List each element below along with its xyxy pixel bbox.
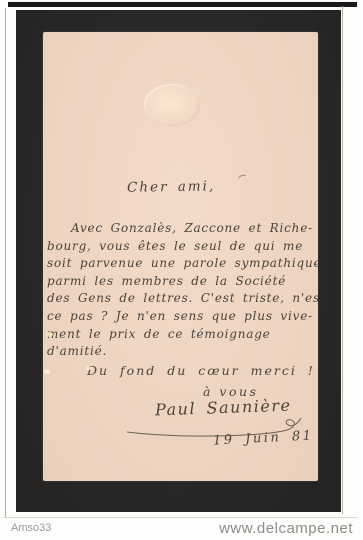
body-line: d'amitié.	[47, 343, 317, 361]
paper-blemish	[46, 332, 53, 337]
letter-body: Avec Gonzalès, Zaccone et Riche- bourg, …	[47, 220, 317, 361]
embossed-seal-icon	[144, 84, 200, 126]
body-line: soit parvenue une parole sympathique	[47, 255, 317, 273]
watermark-seller: Amso33	[11, 522, 51, 534]
scan-left-line	[5, 8, 6, 517]
scan-right-line	[342, 6, 343, 514]
body-line: Avec Gonzalès, Zaccone et Riche-	[47, 220, 317, 238]
salutation: Cher ami,	[127, 178, 215, 196]
letter-paper: Cher ami, Avec Gonzalès, Zaccone et Rich…	[43, 32, 318, 481]
letter-photo-backing: Cher ami, Avec Gonzalès, Zaccone et Rich…	[16, 10, 341, 512]
body-line: parmi les membres de la Société	[47, 273, 317, 291]
body-line: bourg, vous êtes le seul de qui me	[47, 238, 317, 256]
body-line: ce pas ? Je n'en sens que plus vive-	[47, 308, 317, 326]
closing-line: Du fond du cœur merci !	[87, 363, 315, 378]
body-line: ment le prix de ce témoignage	[47, 326, 317, 344]
watermark-site: www.delcampe.net	[219, 520, 353, 537]
paper-blemish	[44, 369, 50, 374]
scanned-letter-page: Cher ami, Avec Gonzalès, Zaccone et Rich…	[0, 0, 363, 540]
ink-stray-mark	[237, 174, 248, 183]
paper-blemish	[86, 366, 92, 370]
scan-edge-strip	[8, 2, 357, 7]
scan-bottom-line	[3, 517, 357, 518]
body-line: des Gens de lettres. C'est triste, n'est…	[47, 290, 317, 308]
